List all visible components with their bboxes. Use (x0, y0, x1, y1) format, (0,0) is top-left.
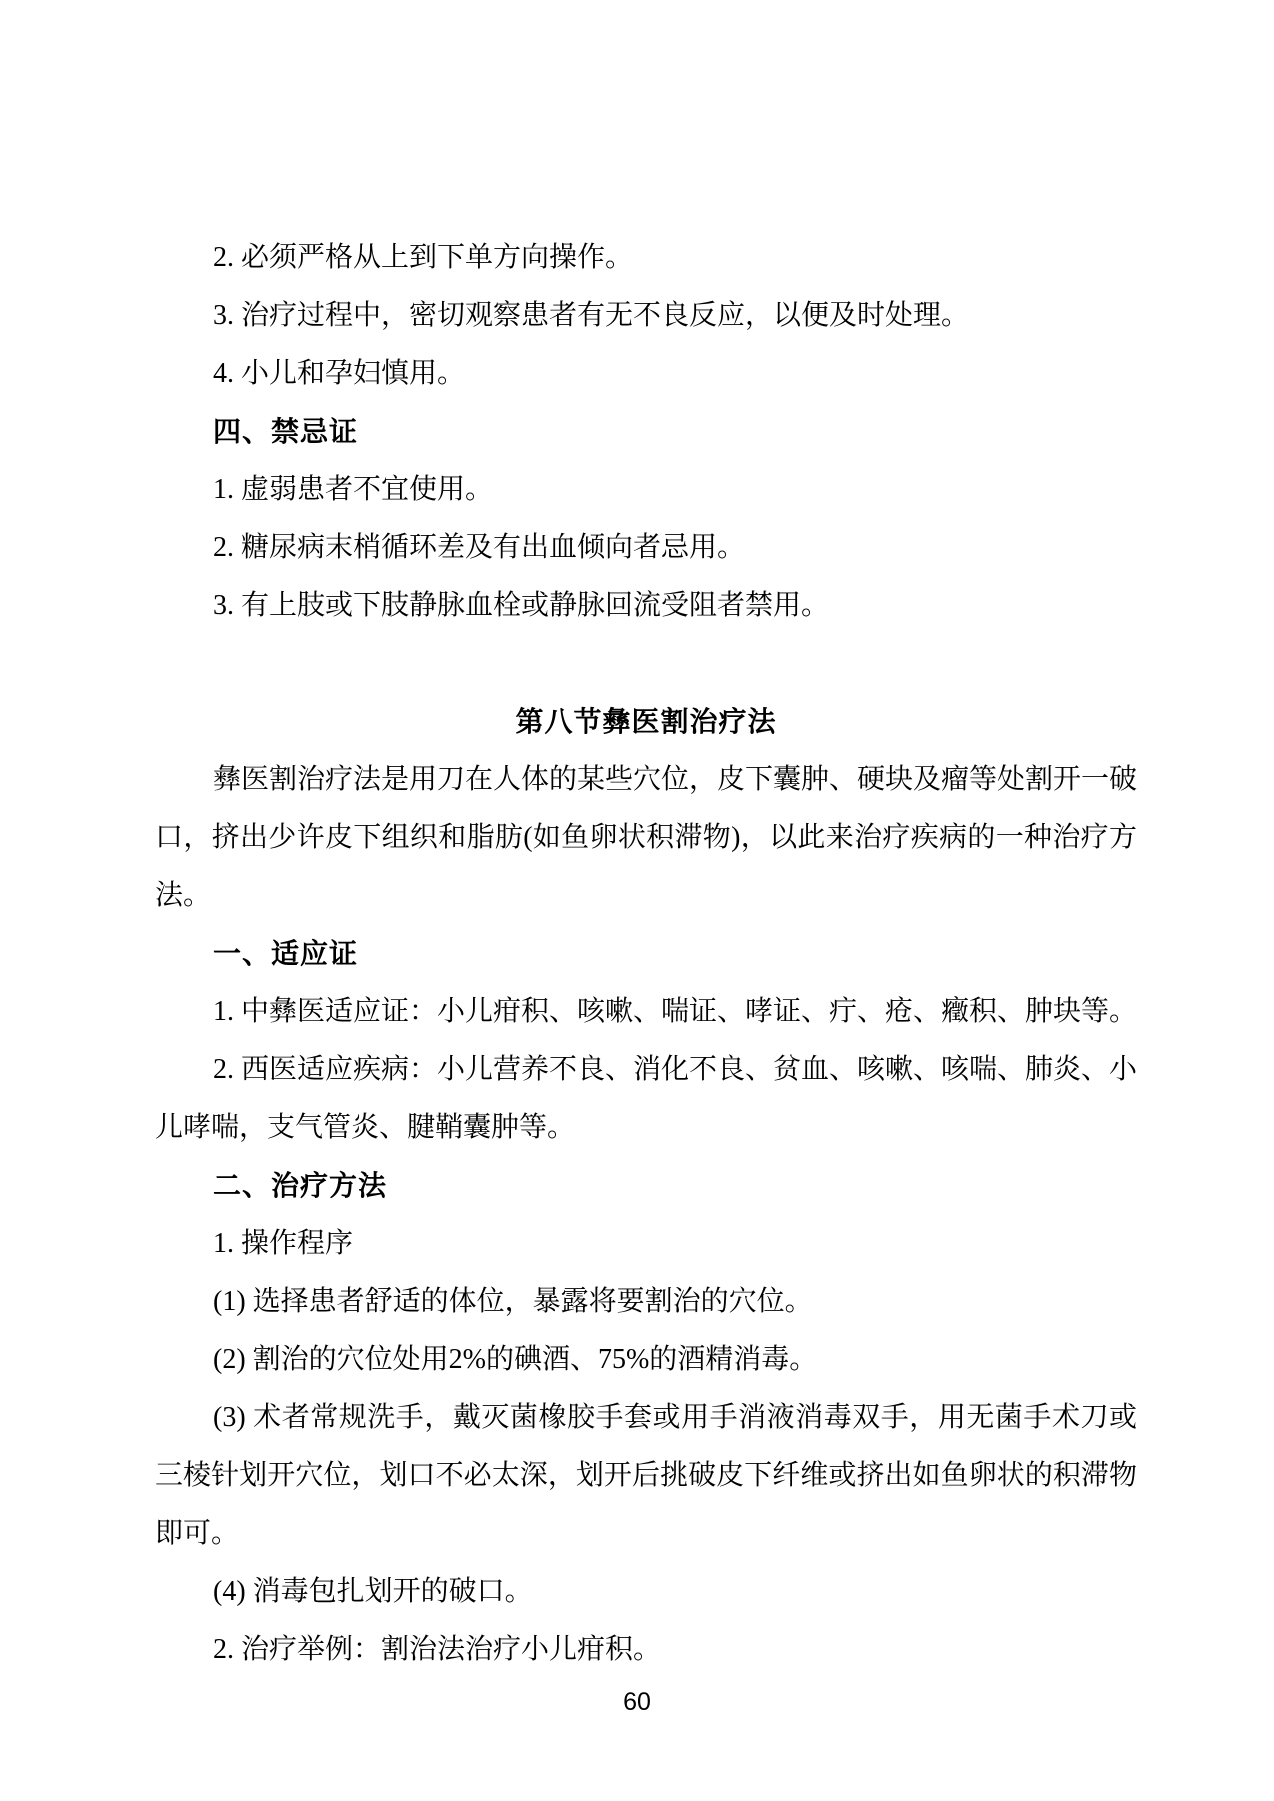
list-item: 1. 中彝医适应证：小儿疳积、咳嗽、喘证、哮证、疔、疮、癥积、肿块等。 (155, 983, 1137, 1041)
subsection-heading: 一、适应证 (155, 925, 1137, 983)
paragraph: 彝医割治疗法是用刀在人体的某些穴位，皮下囊肿、硬块及瘤等处割开一破口，挤出少许皮… (155, 751, 1137, 925)
list-item: 2. 必须严格从上到下单方向操作。 (155, 229, 1137, 287)
document-body: 2. 必须严格从上到下单方向操作。 3. 治疗过程中，密切观察患者有无不良反应，… (155, 229, 1137, 1679)
list-item: 1. 虚弱患者不宜使用。 (155, 461, 1137, 519)
list-item: (1) 选择患者舒适的体位，暴露将要割治的穴位。 (155, 1273, 1137, 1331)
list-item: 3. 有上肢或下肢静脉血栓或静脉回流受阻者禁用。 (155, 577, 1137, 635)
paragraph: 2. 西医适应疾病：小儿营养不良、消化不良、贫血、咳嗽、咳喘、肺炎、小儿哮喘，支… (155, 1041, 1137, 1157)
document-page: 2. 必须严格从上到下单方向操作。 3. 治疗过程中，密切观察患者有无不良反应，… (0, 0, 1274, 1801)
section-title: 第八节彝医割治疗法 (155, 693, 1137, 751)
list-item: 2. 糖尿病末梢循环差及有出血倾向者忌用。 (155, 519, 1137, 577)
paragraph: (3) 术者常规洗手，戴灭菌橡胶手套或用手消液消毒双手，用无菌手术刀或三棱针划开… (155, 1389, 1137, 1563)
list-item: (4) 消毒包扎划开的破口。 (155, 1563, 1137, 1621)
list-item: 4. 小儿和孕妇慎用。 (155, 345, 1137, 403)
list-item: 1. 操作程序 (155, 1215, 1137, 1273)
list-item: 3. 治疗过程中，密切观察患者有无不良反应，以便及时处理。 (155, 287, 1137, 345)
subsection-heading: 二、治疗方法 (155, 1157, 1137, 1215)
list-item: (2) 割治的穴位处用2%的碘酒、75%的酒精消毒。 (155, 1331, 1137, 1389)
subsection-heading: 四、禁忌证 (155, 403, 1137, 461)
page-number: 60 (0, 1688, 1274, 1717)
list-item: 2. 治疗举例：割治法治疗小儿疳积。 (155, 1621, 1137, 1679)
